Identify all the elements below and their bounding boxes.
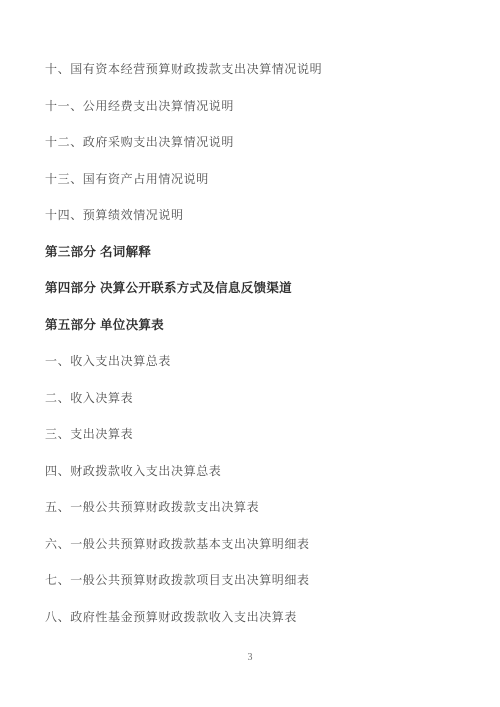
toc-entry: 一、收入支出决算总表 <box>45 353 475 390</box>
toc-section-heading: 第四部分 决算公开联系方式及信息反馈渠道 <box>45 280 475 317</box>
table-of-contents: 十、国有资本经营预算财政拨款支出决算情况说明十一、公用经费支出决算情况说明十二、… <box>45 61 475 645</box>
page-number: 3 <box>0 652 500 663</box>
toc-entry: 八、政府性基金预算财政拨款收入支出决算表 <box>45 609 475 646</box>
toc-entry: 三、支出决算表 <box>45 426 475 463</box>
toc-section-heading: 第五部分 单位决算表 <box>45 317 475 354</box>
toc-entry: 十、国有资本经营预算财政拨款支出决算情况说明 <box>45 61 475 98</box>
toc-entry: 十四、预算绩效情况说明 <box>45 207 475 244</box>
toc-entry: 七、一般公共预算财政拨款项目支出决算明细表 <box>45 572 475 609</box>
document-page: 十、国有资本经营预算财政拨款支出决算情况说明十一、公用经费支出决算情况说明十二、… <box>0 0 500 707</box>
toc-entry: 四、财政拨款收入支出决算总表 <box>45 463 475 500</box>
toc-entry: 六、一般公共预算财政拨款基本支出决算明细表 <box>45 536 475 573</box>
toc-entry: 十二、政府采购支出决算情况说明 <box>45 134 475 171</box>
toc-entry: 十三、国有资产占用情况说明 <box>45 171 475 208</box>
toc-entry: 十一、公用经费支出决算情况说明 <box>45 98 475 135</box>
toc-section-heading: 第三部分 名词解释 <box>45 244 475 281</box>
toc-entry: 五、一般公共预算财政拨款支出决算表 <box>45 499 475 536</box>
toc-entry: 二、收入决算表 <box>45 390 475 427</box>
